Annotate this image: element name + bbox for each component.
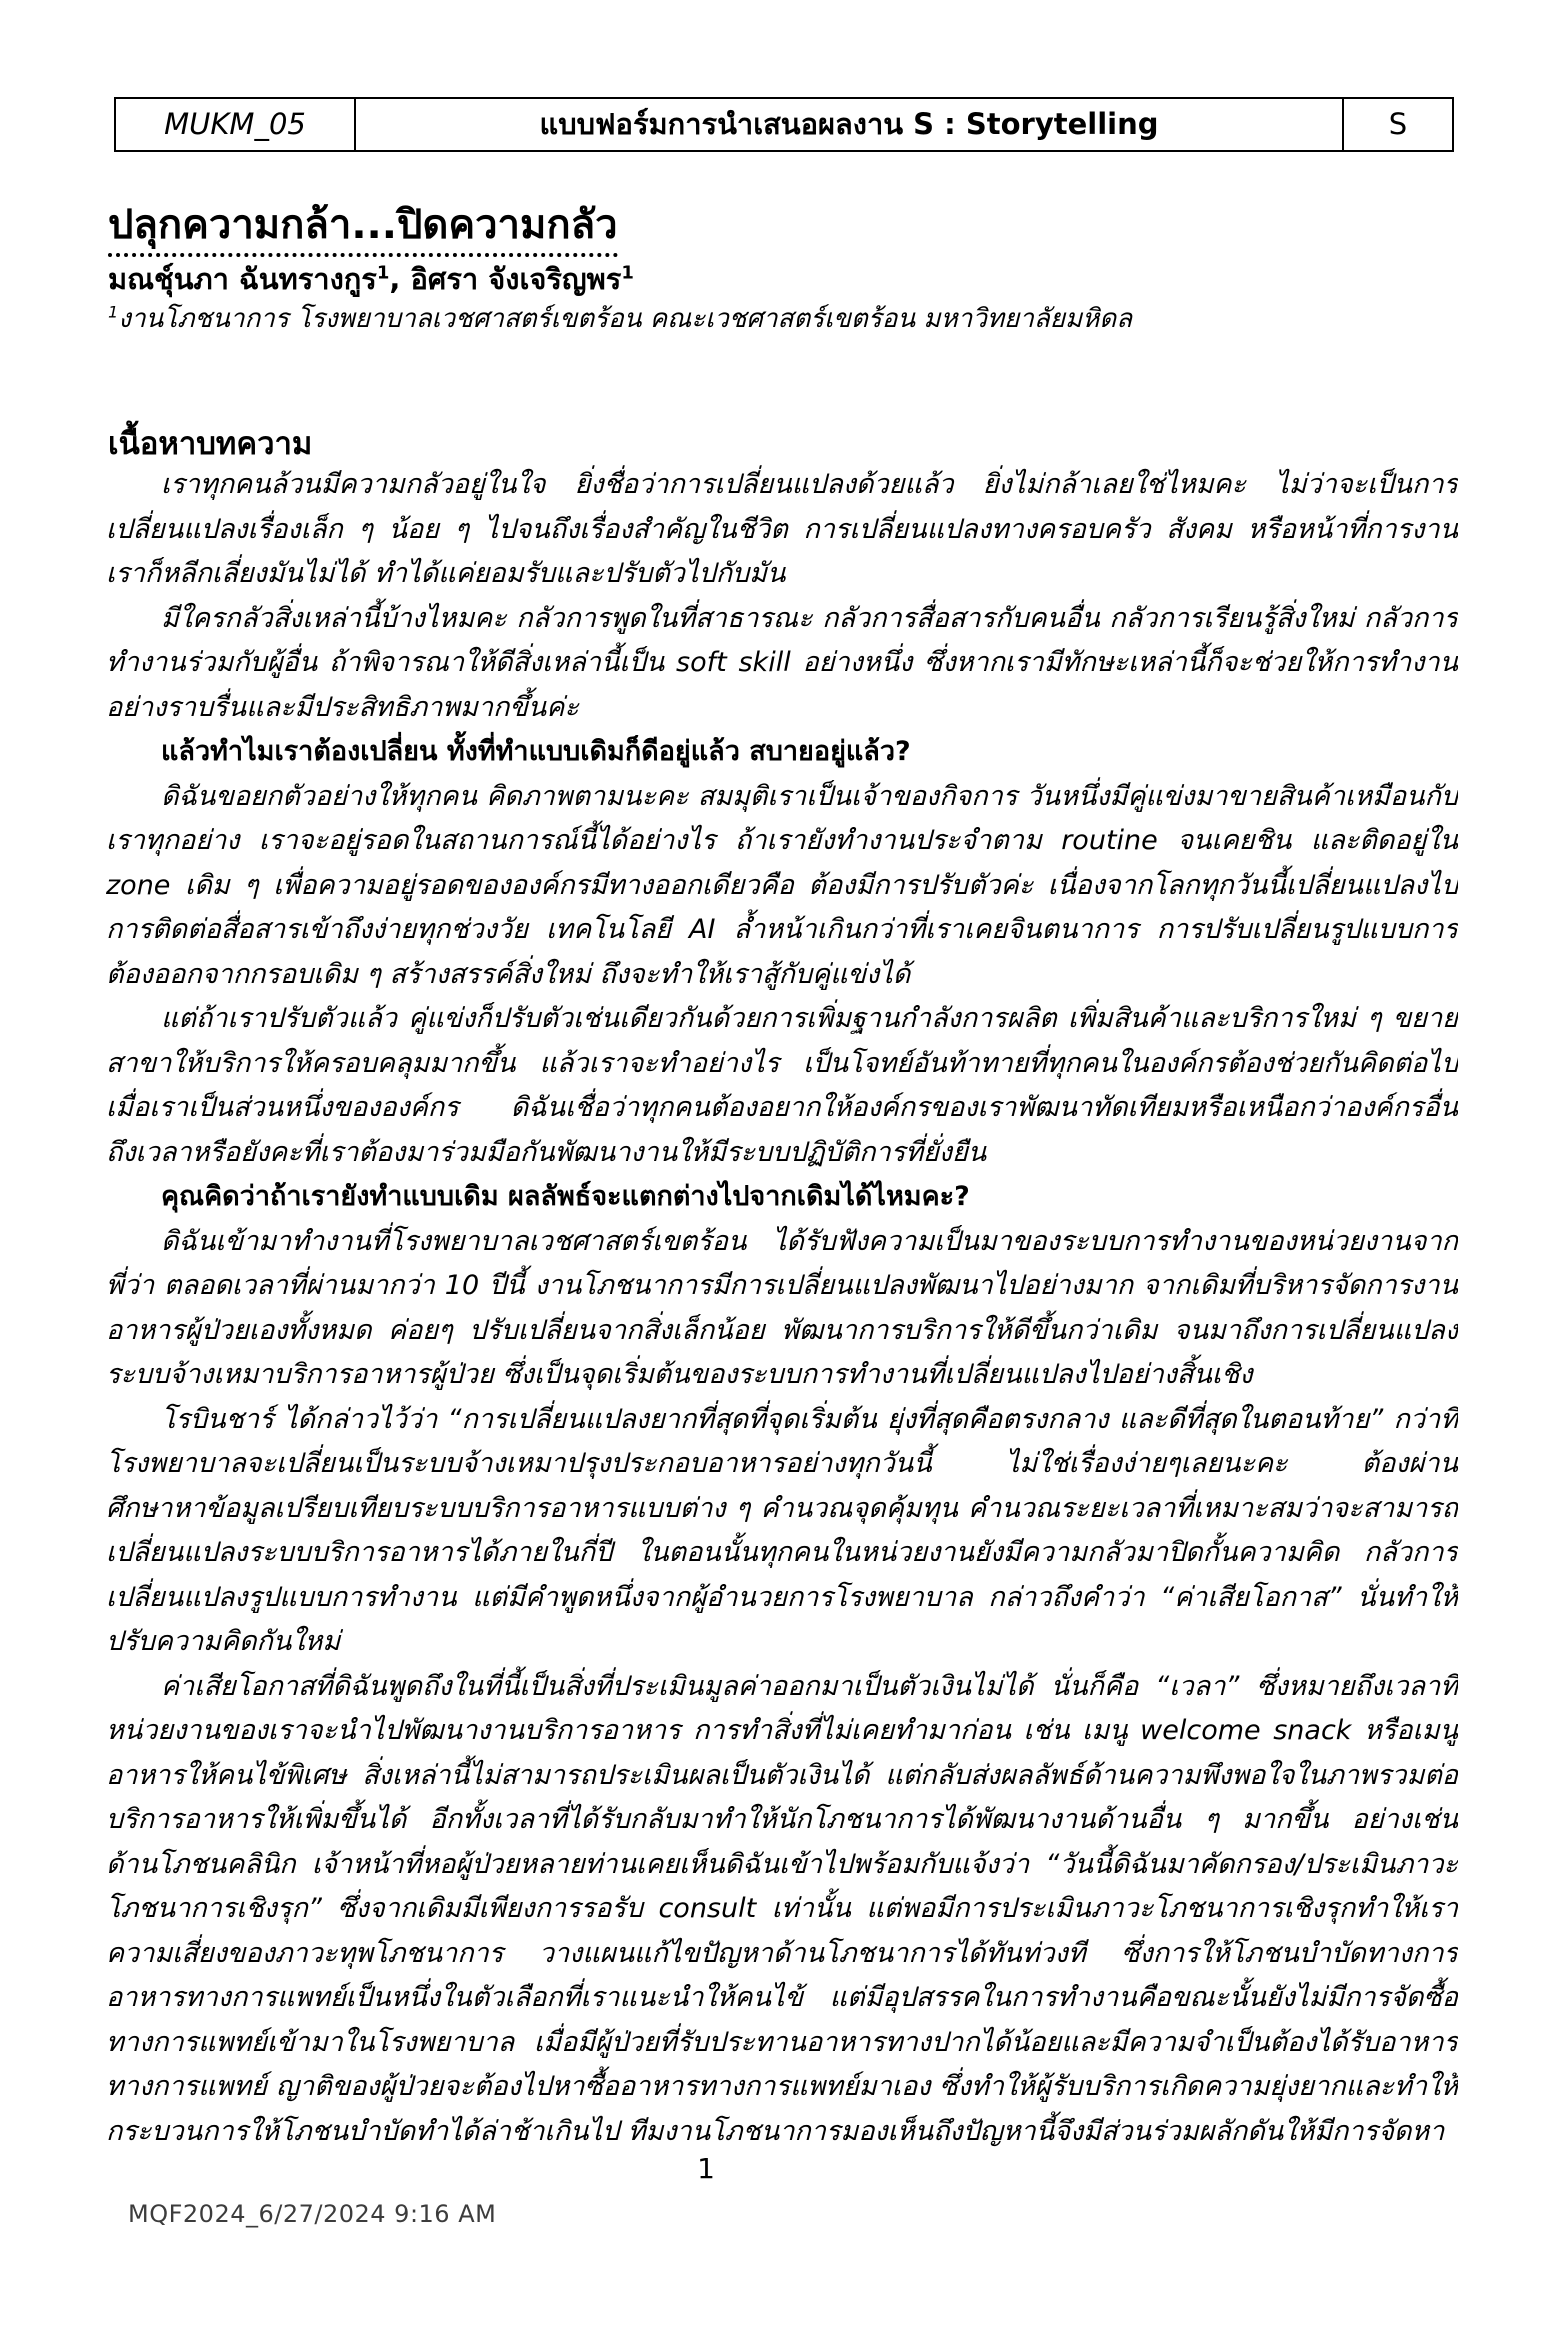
header-form-code: MUKM_05 bbox=[116, 99, 356, 150]
body-line: โภชนาการเชิงรุก” ซึ่งจากเดิมมีเพียงการรอ… bbox=[106, 1887, 1458, 1932]
header-table: MUKM_05 แบบฟอร์มการนำเสนอผลงาน S : Story… bbox=[114, 97, 1454, 152]
article-title: ปลุกความกล้า...ปิดความกลัว bbox=[108, 200, 618, 257]
author-superscript: 1 bbox=[621, 262, 634, 283]
body-line: โรงพยาบาลจะเปลี่ยนเป็นระบบจ้างเหมาปรุงปร… bbox=[106, 1442, 1458, 1487]
affiliation-text: งานโภชนาการ โรงพยาบาลเวชศาสตร์เขตร้อน คณ… bbox=[118, 304, 1132, 334]
body-line: ต้องออกจากกรอบเดิม ๆ สร้างสรรค์สิ่งใหม่ … bbox=[106, 953, 1458, 998]
body-line: ความเสี่ยงของภาวะทุพโภชนาการ วางแผนแก้ไข… bbox=[106, 1932, 1458, 1977]
body-line: ทางการแพทย์ ญาติของผู้ป่วยจะต้องไปหาซื้อ… bbox=[106, 2065, 1458, 2110]
article-title-text: ปลุกความกล้า...ปิดความกลัว bbox=[108, 200, 618, 257]
body-line: ปรับความคิดกันใหม่ bbox=[106, 1620, 1458, 1665]
document-page: MUKM_05 แบบฟอร์มการนำเสนอผลงาน S : Story… bbox=[0, 0, 1559, 2338]
body-line: เปลี่ยนแปลงระบบบริการอาหารได้ภายในกี่ปี … bbox=[106, 1531, 1458, 1576]
body-line: ค่าเสียโอกาสที่ดิฉันพูดถึงในที่นี้เป็นสิ… bbox=[106, 1665, 1458, 1710]
section-heading: เนื้อหาบทความ bbox=[108, 418, 312, 468]
body-line: กระบวนการให้โภชนบำบัดทำได้ล่าช้าเกินไป ท… bbox=[106, 2110, 1458, 2155]
body-line: ทำงานร่วมกับผู้อื่น ถ้าพิจารณาให้ดีสิ่งเ… bbox=[106, 641, 1458, 686]
body-line: อาหารผู้ป่วยเองทั้งหมด ค่อยๆ ปรับเปลี่ยน… bbox=[106, 1309, 1458, 1354]
header-category: S bbox=[1344, 99, 1452, 150]
affiliation-line: 1งานโภชนาการ โรงพยาบาลเวชศาสตร์เขตร้อน ค… bbox=[108, 303, 1132, 336]
body-line: หน่วยงานของเราจะนำไปพัฒนางานบริการอาหาร … bbox=[106, 1709, 1458, 1754]
body-line: zone เดิม ๆ เพื่อความอยู่รอดขององค์กรมีท… bbox=[106, 864, 1458, 909]
author-name: มณชุ์นภา ฉันทรางกูร bbox=[108, 262, 377, 296]
body-line: มีใครกลัวสิ่งเหล่านี้บ้างไหมคะ กลัวการพู… bbox=[106, 597, 1458, 642]
body-line: ด้านโภชนคลินิก เจ้าหน้าที่หอผู้ป่วยหลายท… bbox=[106, 1843, 1458, 1888]
body-line: เมื่อเราเป็นส่วนหนึ่งขององค์กร ดิฉันเชื่… bbox=[106, 1086, 1458, 1131]
page-number: 1 bbox=[676, 2152, 736, 2185]
body-line: ดิฉันขอยกตัวอย่างให้ทุกคน คิดภาพตามนะคะ … bbox=[106, 775, 1458, 820]
body-line: แต่ถ้าเราปรับตัวแล้ว คู่แข่งก็ปรับตัวเช่… bbox=[106, 997, 1458, 1042]
body-line: โรบินชาร์ ได้กล่าวไว้ว่า “การเปลี่ยนแปลง… bbox=[106, 1398, 1458, 1443]
body-line: เราทุกอย่าง เราจะอยู่รอดในสถานการณ์นี้ได… bbox=[106, 819, 1458, 864]
body-line: ระบบจ้างเหมาบริการอาหารผู้ป่วย ซึ่งเป็นจ… bbox=[106, 1353, 1458, 1398]
body-line: ศึกษาหาข้อมูลเปรียบเทียบระบบบริการอาหารแ… bbox=[106, 1487, 1458, 1532]
body-line: สาขาให้บริการให้ครอบคลุมมากขึ้น แล้วเราจ… bbox=[106, 1042, 1458, 1087]
body-line: อย่างราบรื่นและมีประสิทธิภาพมากขึ้นค่ะ bbox=[106, 686, 1458, 731]
subheading-line: คุณคิดว่าถ้าเรายังทำแบบเดิม ผลลัพธ์จะแตก… bbox=[106, 1175, 1458, 1220]
author-superscript: 1 bbox=[377, 262, 390, 283]
subheading-line: แล้วทำไมเราต้องเปลี่ยน ทั้งที่ทำแบบเดิมก… bbox=[106, 730, 1458, 775]
body-line: เปลี่ยนแปลงเรื่องเล็ก ๆ น้อย ๆ ไปจนถึงเร… bbox=[106, 508, 1458, 553]
body-line: พี่ว่า ตลอดเวลาที่ผ่านมากว่า 10 ปีนี้ งา… bbox=[106, 1264, 1458, 1309]
header-form-title: แบบฟอร์มการนำเสนอผลงาน S : Storytelling bbox=[356, 99, 1344, 150]
body-line: การติดต่อสื่อสารเข้าถึงง่ายทุกช่วงวัย เท… bbox=[106, 908, 1458, 953]
author-line: มณชุ์นภา ฉันทรางกูร1, อิศรา จังเจริญพร1 bbox=[108, 262, 634, 297]
affiliation-superscript: 1 bbox=[108, 302, 118, 321]
body-line: บริการอาหารให้เพิ่มขึ้นได้ อีกทั้งเวลาที… bbox=[106, 1798, 1458, 1843]
body-line: ถึงเวลาหรือยังคะที่เราต้องมาร่วมมือกันพั… bbox=[106, 1131, 1458, 1176]
body-line: อาหารทางการแพทย์เป็นหนึ่งในตัวเลือกที่เร… bbox=[106, 1976, 1458, 2021]
body-line: เราทุกคนล้วนมีความกลัวอยู่ในใจ ยิ่งชื่อว… bbox=[106, 463, 1458, 508]
body-line: อาหารให้คนไข้พิเศษ สิ่งเหล่านี้ไม่สามารถ… bbox=[106, 1754, 1458, 1799]
document-stamp: MQF2024_6/27/2024 9:16 AM bbox=[128, 2200, 496, 2228]
body-line: ทางการแพทย์เข้ามาในโรงพยาบาล เมื่อมีผู้ป… bbox=[106, 2021, 1458, 2066]
body-line: ดิฉันเข้ามาทำงานที่โรงพยาบาลเวชศาสตร์เขต… bbox=[106, 1220, 1458, 1265]
body-line: เราก็หลีกเลี่ยงมันไม่ได้ ทำได้แค่ยอมรับแ… bbox=[106, 552, 1458, 597]
author-name: , อิศรา จังเจริญพร bbox=[389, 262, 621, 296]
article-body: เราทุกคนล้วนมีความกลัวอยู่ในใจ ยิ่งชื่อว… bbox=[106, 463, 1458, 2154]
body-line: เปลี่ยนแปลงรูปแบบการทำงาน แต่มีคำพูดหนึ่… bbox=[106, 1576, 1458, 1621]
